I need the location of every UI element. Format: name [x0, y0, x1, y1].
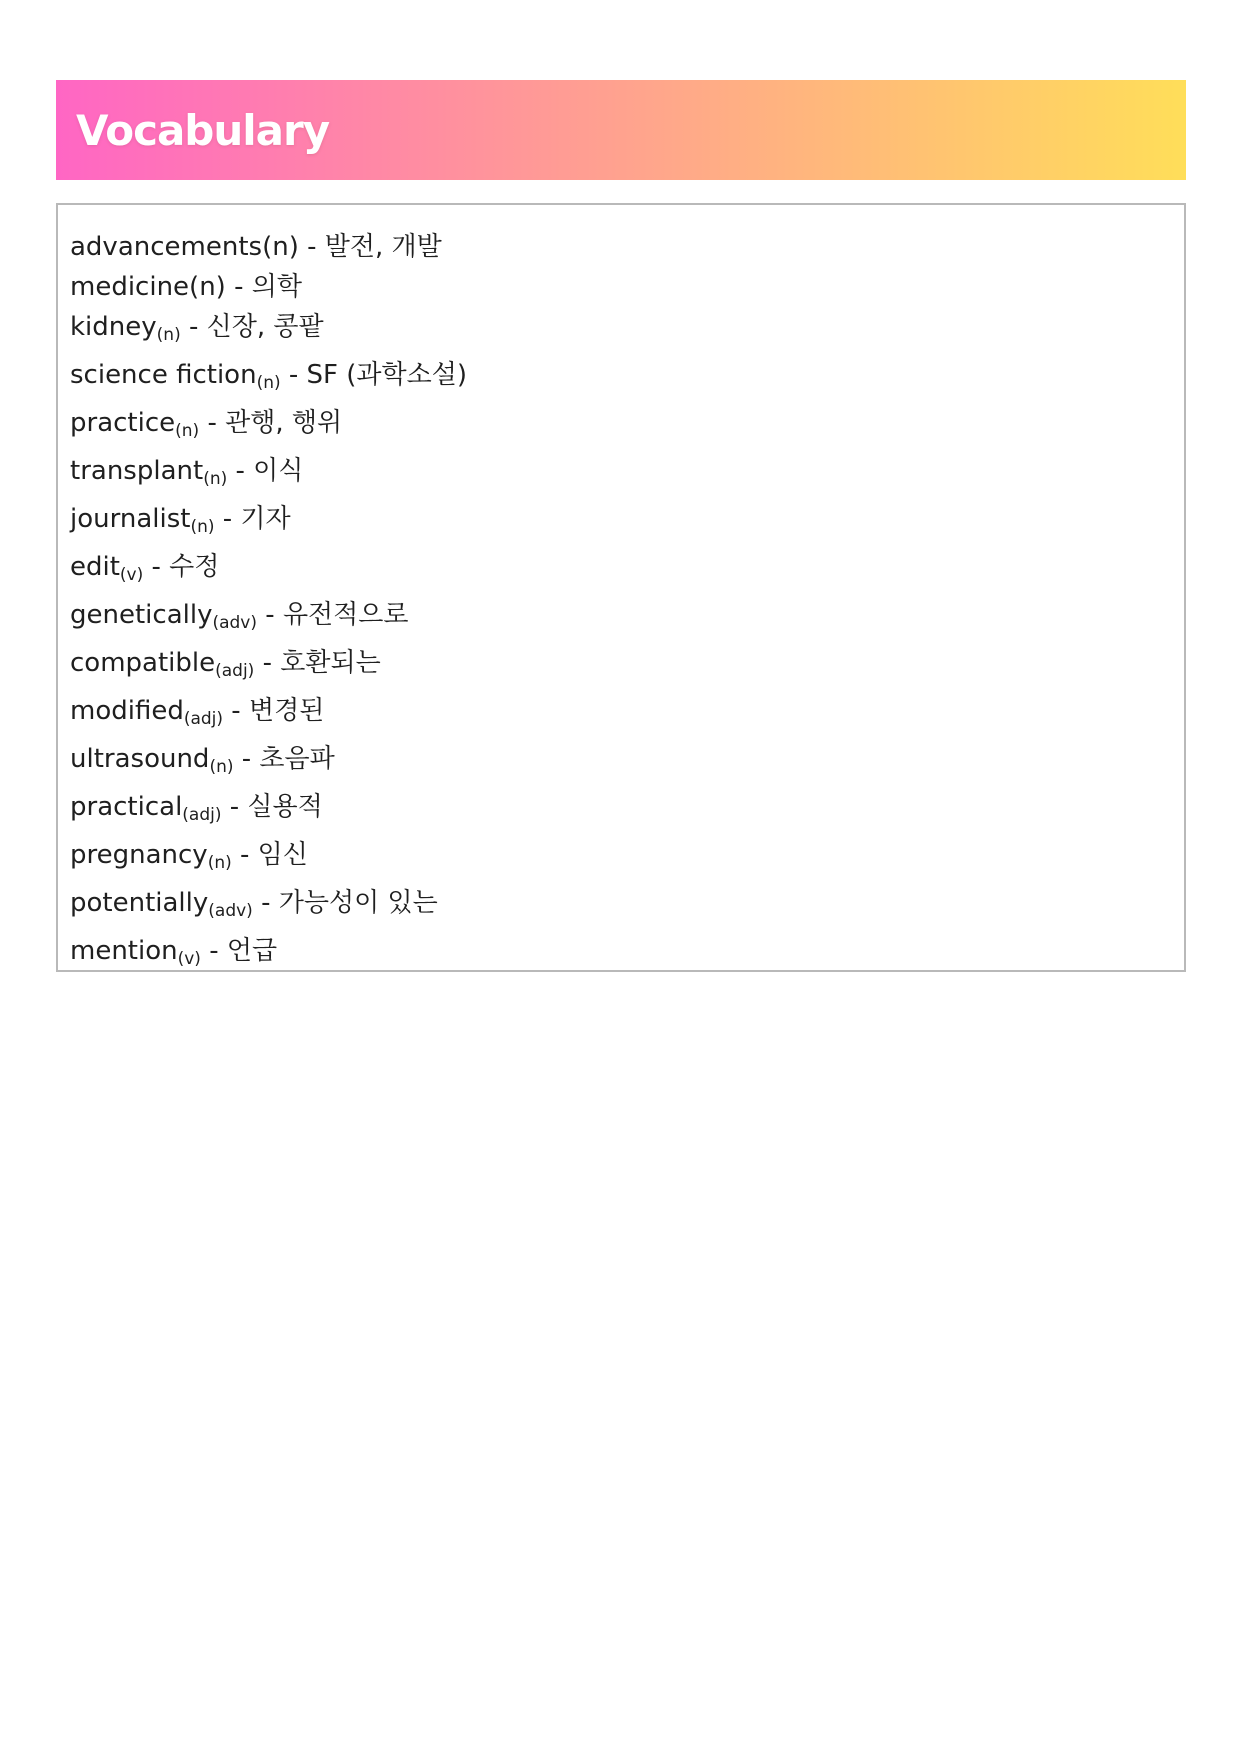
- vocab-pos-marker: (n): [157, 325, 181, 345]
- vocab-entry: ultrasound(n) - 초음파: [70, 739, 1174, 787]
- vocab-word: pregnancy: [70, 840, 208, 870]
- vocab-meaning: 유전적으로: [283, 600, 409, 630]
- vocab-word: medicine: [70, 272, 189, 302]
- vocab-entry: modified(adj) - 변경된: [70, 691, 1174, 739]
- vocab-separator: -: [299, 232, 325, 262]
- vocab-meaning: 실용적: [247, 792, 322, 822]
- vocab-pos-marker: (n): [262, 232, 299, 262]
- vocab-entry: edit(v) - 수정: [70, 547, 1174, 595]
- vocab-pos-marker: (v): [120, 565, 143, 585]
- vocab-entry: pregnancy(n) - 임신: [70, 835, 1174, 883]
- vocab-entry: practice(n) - 관행, 행위: [70, 403, 1174, 451]
- vocab-meaning: 임신: [258, 840, 308, 870]
- vocab-separator: -: [254, 648, 280, 678]
- vocab-word: transplant: [70, 456, 203, 486]
- vocab-meaning: 의학: [252, 272, 302, 302]
- vocab-word: mention: [70, 936, 178, 966]
- vocab-entry: potentially(adv) - 가능성이 있는: [70, 883, 1174, 931]
- vocab-meaning: 언급: [227, 936, 277, 966]
- vocabulary-header-banner: Vocabulary: [56, 80, 1186, 180]
- vocab-pos-marker: (n): [190, 517, 214, 537]
- vocab-word: compatible: [70, 648, 215, 678]
- vocab-meaning: 호환되는: [280, 648, 380, 678]
- vocab-meaning: 초음파: [259, 744, 334, 774]
- vocab-pos-marker: (adv): [208, 901, 253, 921]
- vocab-separator: -: [143, 552, 169, 582]
- vocab-pos-marker: (n): [208, 853, 232, 873]
- vocab-meaning: 이식: [253, 456, 303, 486]
- vocab-meaning: 발전, 개발: [325, 232, 442, 262]
- vocab-separator: -: [201, 936, 227, 966]
- vocab-pos-marker: (n): [189, 272, 226, 302]
- vocab-pos-marker: (adj): [184, 709, 223, 729]
- vocab-pos-marker: (adj): [215, 661, 254, 681]
- vocab-pos-marker: (adv): [212, 613, 257, 633]
- vocab-word: practical: [70, 792, 182, 822]
- vocab-separator: -: [253, 888, 279, 918]
- vocabulary-list-box: advancements(n) - 발전, 개발 medicine(n) - 의…: [56, 203, 1186, 972]
- vocab-separator: -: [181, 312, 207, 342]
- vocab-separator: -: [199, 408, 225, 438]
- vocab-entry: transplant(n) - 이식: [70, 451, 1174, 499]
- vocab-separator: -: [227, 456, 253, 486]
- vocab-entry: compatible(adj) - 호환되는: [70, 643, 1174, 691]
- vocab-entry: science fiction(n) - SF (과학소설): [70, 355, 1174, 403]
- vocab-word: kidney: [70, 312, 157, 342]
- vocab-meaning: 변경된: [249, 696, 324, 726]
- vocab-separator: -: [222, 792, 248, 822]
- vocab-entry: practical(adj) - 실용적: [70, 787, 1174, 835]
- vocab-word: modified: [70, 696, 184, 726]
- vocab-pos-marker: (n): [209, 757, 233, 777]
- vocab-separator: -: [223, 696, 249, 726]
- vocab-word: practice: [70, 408, 175, 438]
- vocab-meaning: 관행, 행위: [225, 408, 342, 438]
- vocab-pos-marker: (adj): [182, 805, 221, 825]
- vocab-entry: advancements(n) - 발전, 개발: [70, 227, 1174, 267]
- vocab-separator: -: [226, 272, 252, 302]
- vocab-word: advancements: [70, 232, 262, 262]
- vocab-meaning: 가능성이 있는: [279, 888, 438, 918]
- page-title: Vocabulary: [76, 106, 329, 155]
- vocab-pos-marker: (n): [175, 421, 199, 441]
- vocab-pos-marker: (n): [257, 373, 281, 393]
- vocab-meaning: 기자: [240, 504, 290, 534]
- vocab-entry: genetically(adv) - 유전적으로: [70, 595, 1174, 643]
- vocab-word: edit: [70, 552, 120, 582]
- vocab-word: genetically: [70, 600, 212, 630]
- vocab-entry: medicine(n) - 의학: [70, 267, 1174, 307]
- vocab-meaning: SF (과학소설): [307, 360, 467, 390]
- vocabulary-list: advancements(n) - 발전, 개발 medicine(n) - 의…: [70, 227, 1174, 972]
- vocab-separator: -: [215, 504, 241, 534]
- vocab-separator: -: [257, 600, 283, 630]
- vocab-pos-marker: (n): [203, 469, 227, 489]
- vocab-word: journalist: [70, 504, 190, 534]
- vocab-pos-marker: (v): [178, 949, 201, 969]
- vocab-separator: -: [281, 360, 307, 390]
- vocab-word: potentially: [70, 888, 208, 918]
- vocab-meaning: 신장, 콩팥: [207, 312, 324, 342]
- vocab-separator: -: [233, 744, 259, 774]
- vocab-entry: mention(v) - 언급: [70, 931, 1174, 972]
- vocab-separator: -: [232, 840, 258, 870]
- vocab-entry: kidney(n) - 신장, 콩팥: [70, 307, 1174, 355]
- vocab-meaning: 수정: [169, 552, 219, 582]
- vocab-word: ultrasound: [70, 744, 209, 774]
- vocab-word: science fiction: [70, 360, 257, 390]
- vocab-entry: journalist(n) - 기자: [70, 499, 1174, 547]
